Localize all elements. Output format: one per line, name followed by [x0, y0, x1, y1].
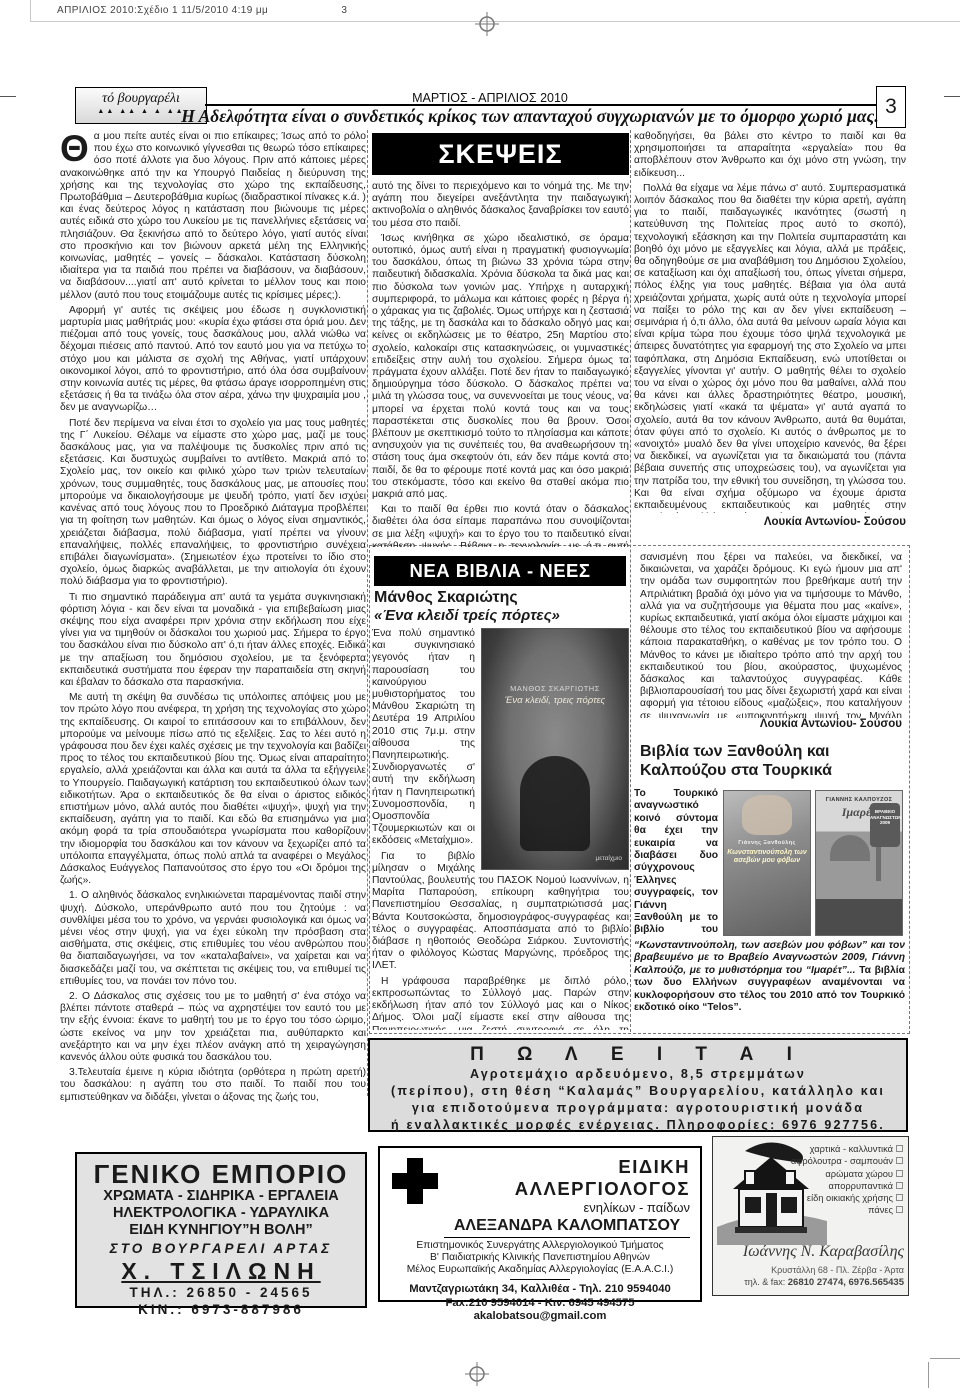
ad-fax: Fax:210 9594014 - Κιν. 6945 494575 — [380, 1297, 700, 1311]
for-sale-line: (περίπου), στη θέση “Καλαμάς” Βουργαρελί… — [370, 1083, 906, 1100]
ad-product: είδη οικιακής χρήσης — [807, 1193, 903, 1203]
article-paragraph: 3.Τελευταία έμεινε η κύρια ιδιότητα (ορθ… — [60, 1067, 366, 1104]
newspaper-page: ΑΠΡΙΛΙΟΣ 2010:Σχέδιο 1 11/5/2010 4:19 μμ… — [0, 0, 960, 1392]
ad-owner-name: Χ. ΤΣΙΛΩΝΗ — [77, 1258, 365, 1284]
article-paragraph: Η γράφουσα παραβρέθηκε με διπλό ρόλο, εκ… — [372, 976, 629, 1030]
ad-address: Μαντζαγριωτάκη 34, Καλλιθέα - Τηλ. 210 9… — [380, 1283, 700, 1297]
ad-location: ΣΤΟ ΒΟΥΡΓΑΡΕΛΙ ΑΡΤΑΣ — [77, 1239, 365, 1258]
turkish-book-covers: Γιάννης Ξανθούλης Κωνσταντινούπολη των α… — [723, 790, 905, 936]
article-paragraph: καθοδηγήσει, θα βάλει στο κέντρο το παιδ… — [634, 131, 906, 180]
ad-credential: Β' Παιδιατρικής Κλινικής Πανεπιστημίου Α… — [380, 1252, 700, 1264]
ad-product-list: χαρτικά - καλλυντικά αφρόλουτρα - σαμπου… — [791, 1143, 903, 1217]
book-cover-xanthoulis: Γιάννης Ξανθούλης Κωνσταντινούπολη των α… — [723, 790, 811, 936]
print-slug-text: ΑΠΡΙΛΙΟΣ 2010:Σχέδιο 1 11/5/2010 4:19 μμ — [57, 5, 268, 16]
ad-divider — [510, 1279, 570, 1280]
cover-photo-figure — [742, 795, 792, 835]
ad-allergist: ΕΙΔΙΚΗ ΑΛΛΕΡΓΙΟΛΟΓΟΣ ενηλίκων - παίδων Α… — [378, 1146, 702, 1302]
ad-subtitle: ενηλίκων - παίδων — [444, 1200, 690, 1215]
article-paragraph: Και το παιδί θα έρθει πιο κοντά όταν ο δ… — [372, 504, 629, 547]
ad-credential: Επιστημονικός Συνεργάτης Αλλεργιολογικού… — [380, 1240, 700, 1252]
ad-telephone: τηλ. & fax: 26810 27474, 6976.565435 — [744, 1277, 904, 1288]
mosque-dome-graphic — [830, 835, 870, 861]
cover-title-text: Κωνσταντινούπολη των ασεβών μου φόβων — [724, 849, 810, 865]
article-paragraph: Ίσως κινήθηκα σε χώρο ιδεαλιστικό, σε όρ… — [372, 233, 629, 501]
article-paragraph: Αφορμή γι' αυτές τις σκέψεις μου έδωσε η… — [60, 305, 366, 415]
ad-product: απορρυπαντικά — [829, 1181, 903, 1191]
registration-mark-top — [475, 12, 499, 36]
cover-title-text: Ένα κλειδί, τρεις πόρτες — [482, 695, 628, 707]
article-paragraph: Πολλά θα είχαμε να λέμε πάνω σ' αυτό. Συ… — [634, 183, 906, 513]
section-header-nea-biblia: ΝΕΑ ΒΙΒΛΙΑ - ΝΕΕΣ ΕΚΔΟΣΕΙΣ — [374, 556, 626, 586]
ad-owner-name: Ιωάννης Ν. Καραβασίλης — [713, 1243, 904, 1261]
ad-tel-number: 26810 27474, 6976.565435 — [788, 1277, 904, 1288]
ad-credential: Μέλος Ευρωπαϊκής Ακαδημίας Αλλεργιολογία… — [380, 1264, 700, 1276]
article-paragraph: αυτό της δίνει το περιεχόμενο και το νόη… — [372, 181, 629, 230]
crop-mark-bottom-v — [928, 1362, 929, 1388]
article-paragraph: Ποτέ δεν περίμενα να είναι έτσι το σχολε… — [60, 418, 366, 589]
award-badge: ΒΡΑΒΕΙΟ ΑΝΑΓΝΩΣΤΩΝ 2009 — [870, 803, 900, 847]
medical-cross-icon — [392, 1158, 438, 1204]
masthead-title: τό βουργαρέλι — [76, 91, 206, 107]
book-title-heading: «Ένα κλειδί τρείς πόρτες» — [374, 607, 624, 624]
for-sale-line: ή εναλλακτικές μορφές ενέργειας. Πληροφο… — [370, 1117, 906, 1134]
article-paragraph: 2. Ο Δάσκαλος στις σχέσεις του με το μαθ… — [60, 991, 366, 1064]
newspaper-motto: Η Αδελφότητα είναι ο συνδετικός κρίκος τ… — [150, 106, 910, 127]
article-column-left: Θα μου πείτε αυτές είναι οι πιο επίκαιρε… — [60, 131, 366, 1123]
ad-title: ΓΕΝΙΚΟ ΕΜΠΟΡΙΟ — [77, 1160, 365, 1188]
ad-general-store: ΓΕΝΙΚΟ ΕΜΠΟΡΙΟ ΧΡΩΜΑΤΑ - ΣΙΔΗΡΙΚΑ - ΕΡΓΑ… — [75, 1152, 367, 1308]
cover-publisher-text: μεταίχμιο — [595, 853, 622, 865]
books-byline: Λουκία Αντωνίου- Σούσου — [640, 718, 902, 730]
ad-tel-label: τηλ. & fax: — [744, 1277, 788, 1287]
book-presentation-continuation: σανισμένη που ξέρει να παλεύει, να διεκδ… — [640, 552, 902, 718]
for-sale-line: για επιδοτούμενα προγράμματα: αγροτουρισ… — [370, 1100, 906, 1117]
ad-address: Κρυστάλλη 68 - Πλ. Ζέρβα - Άρτα — [771, 1265, 904, 1275]
ad-product: αρώματα χώρου — [825, 1169, 903, 1179]
turkish-books-intro: Το Τουρκικό αναγνωστικό κοινό σύντομα θα… — [634, 788, 718, 935]
book-author-heading: Μάνθος Σκαριώτης — [374, 589, 624, 607]
slug-tick — [30, 0, 31, 21]
ad-product: χαρτικά - καλλυντικά — [810, 1144, 903, 1154]
for-sale-line: Αγροτεμάχιο αρδευόμενο, 8,5 στρεμμάτων — [370, 1066, 906, 1083]
book-cover-kalpouzos: ΓΙΑΝΝΗΣ ΚΑΛΠΟΥΖΟΣ Ιμαρέτ ΒΡΑΒΕΙΟ ΑΝΑΓΝΩΣ… — [815, 790, 903, 936]
article-column-right: καθοδηγήσει, θα βάλει στο κέντρο το παιδ… — [634, 131, 906, 513]
ad-karavasilis: χαρτικά - καλλυντικά αφρόλουτρα - σαμπου… — [712, 1136, 909, 1296]
turkish-books-heading: Βιβλία των Ξανθούλη και Καλπούζου στα Το… — [640, 742, 902, 780]
crop-mark-bottom-h — [930, 1358, 960, 1359]
article-paragraph: Με αυτή τη σκέψη θα συνδέσω τις υπόλοιπε… — [60, 692, 366, 887]
article-paragraph: Τι πιο σημαντικό παράδειγμα απ' αυτά τα … — [60, 592, 366, 690]
cover-author-text: ΜΑΝΘΟΣ ΣΚΑΡΓΙΩΤΗΣ — [482, 683, 628, 695]
article-column-middle: αυτό της δίνει το περιεχόμενο και το νόη… — [372, 181, 629, 547]
ad-email: akalobatsou@gmail.com — [380, 1310, 700, 1324]
article-text: α μου πείτε αυτές είναι οι πιο επίκαιρες… — [60, 131, 366, 301]
ad-product: αφρόλουτρα - σαμπουάν — [791, 1156, 903, 1166]
ad-product: πάνες — [868, 1205, 903, 1215]
print-slug-page: 3 — [341, 5, 347, 16]
ad-line: ΕΙΔΗ ΚΥΝΗΓΙΟΥ”Η ΒΟΛΗ” — [77, 1222, 365, 1239]
turkish-books-text: Γιάννης Ξανθούλης Κωνσταντινούπολη των α… — [634, 788, 905, 1030]
dropcap: Θ — [60, 132, 89, 166]
ad-line: ΧΡΩΜΑΤΑ - ΣΙΔΗΡΙΚΑ - ΕΡΓΑΛΕΙΑ — [77, 1188, 365, 1205]
ad-mobile: ΚΙΝ.: 6973-887986 — [77, 1301, 365, 1318]
article-paragraph: σανισμένη που ξέρει να παλεύει, να διεκδ… — [640, 552, 902, 718]
article-paragraph: 1. Ο αληθινός δάσκαλος ενηλικιώνεται παρ… — [60, 890, 366, 988]
cover-author-text: Γιάννης Ξανθούλης — [724, 837, 810, 849]
crop-mark-left — [0, 96, 16, 97]
silhouette-graphic — [520, 756, 590, 851]
column-divider-1 — [367, 130, 368, 1096]
book-presentation-text: ΜΑΝΘΟΣ ΣΚΑΡΓΙΩΤΗΣ Ένα κλειδί, τρεις πόρτ… — [372, 628, 629, 1030]
article-byline: Λουκία Αντωνίου- Σούσου — [634, 516, 906, 528]
section-header-skepseis-paideias: ΣΚΕΨΕΙΣ ΠΑΙΔΕΙΑΣ — [372, 133, 629, 175]
issue-date: ΜΑΡΤΙΟΣ - ΑΠΡΙΛΙΟΣ 2010 — [330, 91, 650, 105]
column-divider-2 — [630, 130, 631, 1032]
book-cover-skariotis: ΜΑΝΘΟΣ ΣΚΑΡΓΙΩΤΗΣ Ένα κλειδί, τρεις πόρτ… — [481, 628, 629, 870]
classified-for-sale: Π Ω Λ Ε Ι Τ Α Ι Αγροτεμάχιο αρδευόμενο, … — [368, 1038, 908, 1132]
ad-line: ΗΛΕΚΤΡΟΛΟΓΙΚΑ - ΥΔΡΑΥΛΙΚΑ — [77, 1205, 365, 1222]
registration-mark-bottom — [465, 1362, 489, 1386]
print-slug: ΑΠΡΙΛΙΟΣ 2010:Σχέδιο 1 11/5/2010 4:19 μμ… — [57, 5, 347, 16]
crop-mark-right — [944, 96, 960, 97]
article-paragraph: Θα μου πείτε αυτές είναι οι πιο επίκαιρε… — [60, 131, 366, 302]
for-sale-title: Π Ω Λ Ε Ι Τ Α Ι — [370, 1044, 906, 1066]
ad-title: ΕΙΔΙΚΗ ΑΛΛΕΡΓΙΟΛΟΓΟΣ — [444, 1156, 690, 1200]
ad-doctor-name: ΑΛΕΞΑΝΔΡΑ ΚΑΛΟΜΠΑΤΣΟΥ — [444, 1217, 690, 1238]
ad-telephone: ΤΗΛ.: 26850 - 24565 — [77, 1284, 365, 1301]
